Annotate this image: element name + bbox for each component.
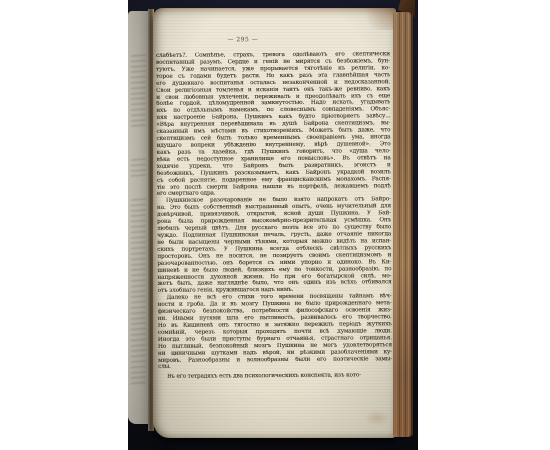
paragraph: слабѣетъ?. Сомнѣнье, страхъ, тревога одо… (156, 51, 391, 198)
right-page: — 295 — слабѣетъ?. Сомнѣнье, страхъ, тре… (153, 8, 396, 438)
page-content: — 295 — слабѣетъ?. Сомнѣнье, страхъ, тре… (156, 35, 392, 381)
text-line: Въ его тетрадяхъ есть два психологически… (158, 373, 392, 382)
paragraph: Въ его тетрадяхъ есть два психологически… (158, 373, 392, 382)
page-corner-stain (356, 8, 396, 30)
book-photo-scene: — 295 — слабѣетъ?. Сомнѣнье, страхъ, тре… (0, 0, 550, 450)
left-page-blurred-text (131, 54, 146, 129)
fore-edge (393, 12, 413, 437)
page-stain (364, 410, 390, 426)
left-page-blurred-text (131, 158, 146, 179)
left-page-blurred-text (131, 198, 146, 387)
page-text: слабѣетъ?. Сомнѣнье, страхъ, тревога одо… (156, 51, 392, 381)
book-photo: — 295 — слабѣетъ?. Сомнѣнье, страхъ, тре… (128, 0, 418, 450)
left-page (128, 11, 149, 424)
text-line: слы. (158, 363, 392, 372)
paragraph: Пушкинское разочарованіе не было взято н… (157, 197, 392, 296)
page-number: — 295 — (126, 35, 360, 44)
paragraph: Далеко не всѣ его стихи того времени пос… (158, 293, 393, 371)
